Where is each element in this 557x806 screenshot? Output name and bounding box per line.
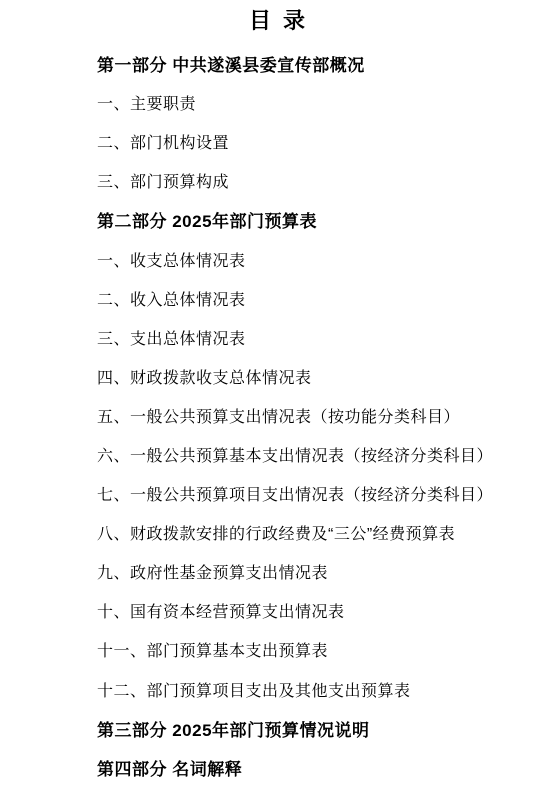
- toc-entry-10: 五、一般公共预算支出情况表（按功能分类科目）: [97, 396, 545, 435]
- toc-entry-7: 二、收入总体情况表: [97, 279, 545, 318]
- toc-entry-13: 八、财政拨款安排的行政经费及“三公”经费预算表: [97, 513, 545, 552]
- toc-entry-6: 一、收支总体情况表: [97, 239, 545, 278]
- toc-entry-2: 一、主要职责: [97, 83, 545, 122]
- toc-entry-14: 九、政府性基金预算支出情况表: [97, 552, 545, 591]
- toc-entry-4: 三、部门预算构成: [97, 161, 545, 200]
- toc-entry-5: 第二部分 2025年部门预算表: [97, 200, 545, 239]
- toc-entry-18: 第三部分 2025年部门预算情况说明: [97, 709, 545, 748]
- toc-entry-8: 三、支出总体情况表: [97, 318, 545, 357]
- toc-entry-16: 十一、部门预算基本支出预算表: [97, 630, 545, 669]
- toc-list: 第一部分 中共遂溪县委宣传部概况一、主要职责二、部门机构设置三、部门预算构成第二…: [97, 44, 545, 787]
- toc-entry-11: 六、一般公共预算基本支出情况表（按经济分类科目）: [97, 435, 545, 474]
- toc-entry-3: 二、部门机构设置: [97, 122, 545, 161]
- toc-entry-19: 第四部分 名词解释: [97, 748, 545, 787]
- toc-entry-12: 七、一般公共预算项目支出情况表（按经济分类科目）: [97, 474, 545, 513]
- page-title: 目 录: [0, 4, 557, 35]
- toc-entry-1: 第一部分 中共遂溪县委宣传部概况: [97, 44, 545, 83]
- toc-entry-15: 十、国有资本经营预算支出情况表: [97, 591, 545, 630]
- toc-entry-17: 十二、部门预算项目支出及其他支出预算表: [97, 670, 545, 709]
- document-page: 目 录 第一部分 中共遂溪县委宣传部概况一、主要职责二、部门机构设置三、部门预算…: [0, 0, 557, 806]
- toc-entry-9: 四、财政拨款收支总体情况表: [97, 357, 545, 396]
